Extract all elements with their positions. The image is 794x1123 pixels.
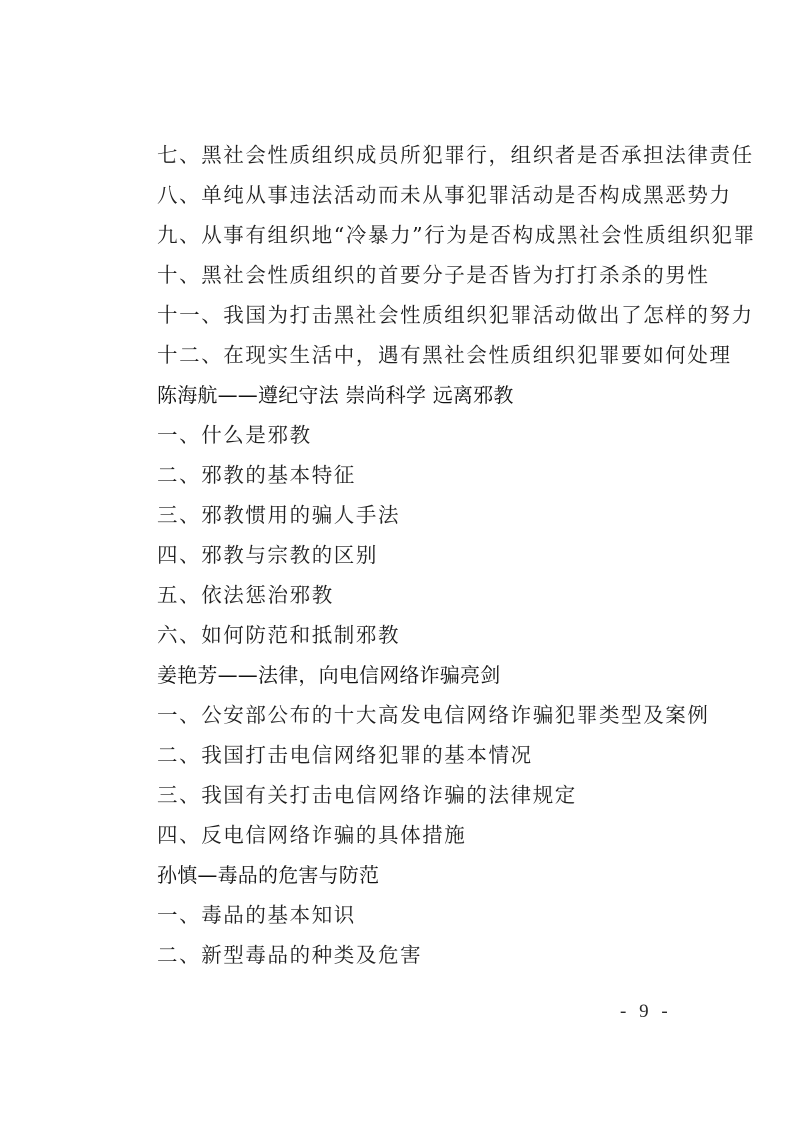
- list-item: 一、什么是邪教: [157, 422, 312, 448]
- list-item: 五、依法惩治邪教: [157, 582, 334, 608]
- lecture-heading: 孙慎—毒品的危害与防范: [157, 862, 379, 888]
- list-item: 十、黑社会性质组织的首要分子是否皆为打打杀杀的男性: [157, 262, 710, 288]
- list-item: 九、从事有组织地“冷暴力”行为是否构成黑社会性质组织犯罪: [157, 222, 756, 248]
- list-item: 三、我国有关打击电信网络诈骗的法律规定: [157, 782, 577, 808]
- list-item: 三、邪教惯用的骗人手法: [157, 502, 400, 528]
- document-page: 七、黑社会性质组织成员所犯罪行，组织者是否承担法律责任 八、单纯从事违法活动而未…: [0, 0, 794, 1123]
- list-item: 一、毒品的基本知识: [157, 902, 356, 928]
- list-item: 四、反电信网络诈骗的具体措施: [157, 822, 466, 848]
- list-item: 十一、我国为打击黑社会性质组织犯罪活动做出了怎样的努力: [157, 302, 754, 328]
- list-item: 四、邪教与宗教的区别: [157, 542, 378, 568]
- list-item: 二、新型毒品的种类及危害: [157, 942, 422, 968]
- lecture-heading: 陈海航——遵纪守法 崇尚科学 远离邪教: [157, 382, 514, 408]
- page-number: - 9 -: [620, 1001, 672, 1023]
- list-item: 二、我国打击电信网络犯罪的基本情况: [157, 742, 533, 768]
- lecture-heading: 姜艳芳——法律，向电信网络诈骗亮剑: [157, 662, 500, 688]
- list-item: 七、黑社会性质组织成员所犯罪行，组织者是否承担法律责任: [157, 142, 754, 168]
- list-item: 十二、在现实生活中，遇有黑社会性质组织犯罪要如何处理: [157, 342, 732, 368]
- list-item: 六、如何防范和抵制邪教: [157, 622, 400, 648]
- list-item: 八、单纯从事违法活动而未从事犯罪活动是否构成黑恶势力: [157, 182, 732, 208]
- list-item: 一、公安部公布的十大高发电信网络诈骗犯罪类型及案例: [157, 702, 710, 728]
- list-item: 二、邪教的基本特征: [157, 462, 356, 488]
